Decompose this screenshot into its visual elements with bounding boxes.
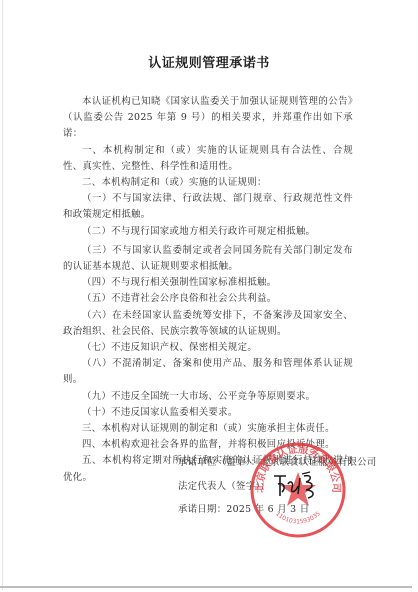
document-body: 本认证机构已知晓《国家认监委关于加强认证规则管理的公告》（认监委公告 2025 … (63, 94, 353, 486)
paragraph-sub-1: （一）不与国家法律、行政法规、部门规章、行政规范性文件和政策规定相抵触。 (63, 191, 353, 223)
paragraph-item-2: 二、本机构制定和（或）实施的认证规则： (63, 175, 353, 191)
unit-name: 北京联食认证服务有限公司 (260, 457, 376, 468)
page-edge (2, 0, 3, 590)
paragraph-sub-10: （十）不违反国家认监委相关要求。 (63, 405, 353, 421)
paragraph-sub-3: （三）不与国家认监委制定或者会同国务院有关部门制定发布的认证基本规范、认证规则要… (63, 243, 353, 275)
paragraph-sub-7: （七）不违反知识产权、保密相关规定。 (63, 340, 353, 356)
paragraph-sub-4: （四）不与现行相关强制性国家标准相抵触。 (63, 275, 353, 291)
signature-block: 承诺单位（盖章）：北京联食认证服务有限公司 法定代表人（签字）： 承诺日期：20… (178, 455, 377, 526)
legal-rep-line: 法定代表人（签字）： (178, 479, 377, 503)
committing-unit-line: 承诺单位（盖章）：北京联食认证服务有限公司 (178, 455, 377, 479)
unit-label: 承诺单位（盖章）： (178, 457, 260, 468)
paragraph-item-4: 四、本机构欢迎社会各界的监督，并将积极回应投诉处理。 (63, 437, 353, 453)
paragraph-item-3: 三、本机构对认证规则的制定和（或）实施承担主体责任。 (63, 421, 353, 437)
paragraph-sub-6: （六）在未经国家认监委统筹安排下，不备案涉及国家安全、政治组织、社会民俗、民族宗… (63, 308, 353, 340)
paragraph-sub-8: （八）不混淆制定、备案和使用产品、服务和管理体系认证规则。 (63, 356, 353, 388)
paragraph-sub-9: （九）不违反全国统一大市场、公平竞争等原则要求。 (63, 389, 353, 405)
page-edge-bottom (0, 586, 412, 588)
paragraph-intro: 本认证机构已知晓《国家认监委关于加强认证规则管理的公告》（认监委公告 2025 … (63, 94, 353, 143)
rep-label: 法定代表人（签字）： (178, 481, 270, 492)
paragraph-sub-2: （二）不与现行国家或地方相关行政许可规定相抵触。 (63, 224, 353, 240)
date-value: 2025 年 6 月 3 日 (226, 504, 309, 515)
document-title: 认证规则管理承诺书 (0, 52, 418, 71)
paragraph-item-1: 一、本机构制定和（或）实施的认证规则具有合法性、合规性、真实性、完整性、科学性和… (63, 143, 353, 175)
date-line: 承诺日期：2025 年 6 月 3 日 (178, 502, 377, 526)
paragraph-sub-5: （五）不违背社会公序良俗和社会公共利益。 (63, 291, 353, 307)
date-label: 承诺日期： (178, 504, 226, 515)
